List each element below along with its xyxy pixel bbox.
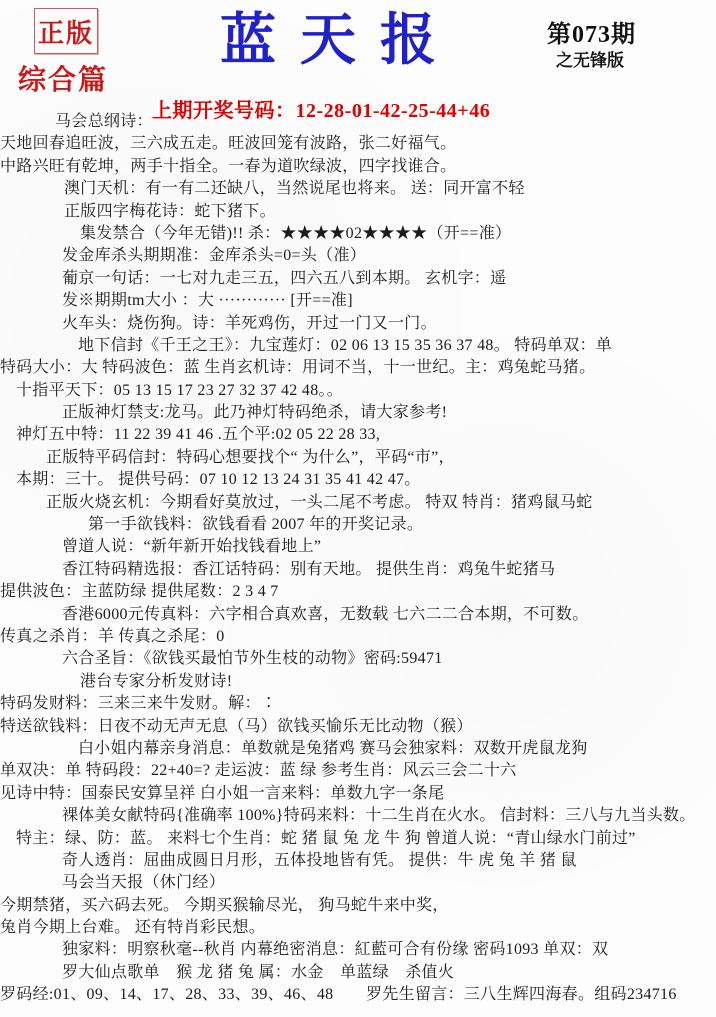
body-line: 独家料：明察秋毫--秋肖 内幕绝密消息：紅藍可合有份缘 密码1093 单双：双 (0, 939, 716, 961)
body-line: 地下信封《千王之王》：九宝莲灯：02 06 13 15 35 36 37 48。… (0, 335, 716, 357)
body-line: 集发禁合（今年无错)!! 杀：★★★★02★★★★（开==准） (0, 223, 716, 245)
body-line: 天地回春追旺波，三六成五走。旺波回笼有波路，张二好福气。 (0, 133, 716, 155)
body-line: 单双决：单 特码段：22+40=? 走运波：蓝 绿 参考生肖：风云三会二十六 (0, 760, 716, 782)
body-line: 马会当天报（休门经） (0, 872, 716, 894)
body-line: 传真之杀肖：羊 传真之杀尾：0 (0, 626, 716, 648)
body-line: 特主：绿、防：蓝。 来料七个生肖：蛇 猪 鼠 兔 龙 牛 狗 曾道人说：“青山绿… (0, 828, 716, 850)
body-line: 发金库杀头期期准：金库杀头=0=头（准） (0, 245, 716, 267)
body-line: 提供波色：主蓝防绿 提供尾数：2 3 4 7 (0, 581, 716, 603)
body-line: 裸体美女献特码{准确率 100%}特码来料：十二生肖在火水。 信封料：三八与九当… (0, 805, 716, 827)
body-line: 特码大小：大 特码波色：蓝 生肖玄机诗：用词不当，十一世纪。主：鸡兔蛇马猪。 (0, 357, 716, 379)
body-line: 香江特码精选报：香江话特码：别有天地。 提供生肖：鸡兔牛蛇猪马 (0, 559, 716, 581)
body-line: 正版神灯禁支:龙马。此乃神灯特码绝杀，请大家参考! (0, 402, 716, 424)
body-line: 澳门天机：有一有二还缺八，当然说尾也将来。 送：同开富不轻 (0, 178, 716, 200)
section-title: 综合篇 (18, 58, 108, 98)
body-line: 六合圣旨：《欲钱买最怕节外生枝的动物》密码:59471 (0, 648, 716, 670)
body-line: 葡京一句话：一七对九走三五，四六五八到本期。 玄机字：遥 (0, 268, 716, 290)
sub-edition-label: 之无锋版 (556, 46, 624, 71)
body-line: 特送欲钱料：日夜不动无声无息（马）欲钱买愉乐无比动物（猴） (0, 716, 716, 738)
body-line: 发※期期tm大小 ：大 ············ [开==准] (0, 290, 716, 312)
body-text: 马会总纲诗：天地回春追旺波，三六成五走。旺波回笼有波路，张二好福气。中路兴旺有乾… (0, 111, 716, 1007)
body-line: 正版特平码信封：特码心想要找个“ 为什么”，平码“市”， (0, 447, 716, 469)
body-line: 港台专家分析发财诗! (0, 671, 716, 693)
issue-number: 第073期 (547, 14, 636, 49)
body-line: 神灯五中特：11 22 39 41 46 .五个平:02 05 22 28 33… (0, 424, 716, 446)
body-line: 十指平天下：05 13 15 17 23 27 32 37 42 48。。 (0, 380, 716, 402)
body-line: 正版火烧玄机：今期看好莫放过，一头二尾不考虑。 特双 特肖：猪鸡鼠马蛇 (0, 492, 716, 514)
body-line: 见诗中特：国泰民安算呈祥 白小姐一言来料：单数九字一条尾 (0, 783, 716, 805)
body-line: 罗码经:01、09、14、17、28、33、39、46、48 罗先生留言：三八生… (0, 984, 716, 1006)
body-line: 火车头：烧伤狗。诗：羊死鸡伤，开过一门又一门。 (0, 313, 716, 335)
body-line: 罗大仙点歌单 猴 龙 猪 兔 属：水金 单蓝绿 杀值火 (0, 962, 716, 984)
body-line: 本期：三十。 提供号码：07 10 12 13 24 31 35 41 42 4… (0, 469, 716, 491)
body-line: 今期禁猪，买六码去死。 今期买猴输尽光， 狗马蛇牛来中奖， (0, 895, 716, 917)
body-line: 香港6000元传真料：六字相合真欢喜，无数载 七六二二合本期，不可数。 (0, 604, 716, 626)
body-line: 兔肖今期上台难。 还有特肖彩民想。 (0, 917, 716, 939)
newspaper-page: 正版 蓝天报 第073期 之无锋版 综合篇 上期开奖号码：12-28-01-42… (0, 0, 716, 1017)
body-line: 白小姐内幕亲身消息：单数就是兔猪鸡 赛马会独家料：双数开虎鼠龙狗 (0, 738, 716, 760)
body-line: 中路兴旺有乾坤，两手十指全。一春为道吹绿波，四字找谁合。 (0, 156, 716, 178)
body-line: 曾道人说：“新年新开始找钱看地上” (0, 536, 716, 558)
body-line: 马会总纲诗： (0, 111, 716, 133)
body-line: 奇人透肖：屈曲成圆日月形，五体投地皆有凭。 提供：牛 虎 兔 羊 猪 鼠 (0, 850, 716, 872)
body-line: 正版四字梅花诗：蛇下猪下。 (0, 201, 716, 223)
body-line: 第一手欲钱料：欲钱看看 2007 年的开奖记录。 (0, 514, 716, 536)
body-line: 特码发财料：三来三来牛发财。解：∶ (0, 693, 716, 715)
